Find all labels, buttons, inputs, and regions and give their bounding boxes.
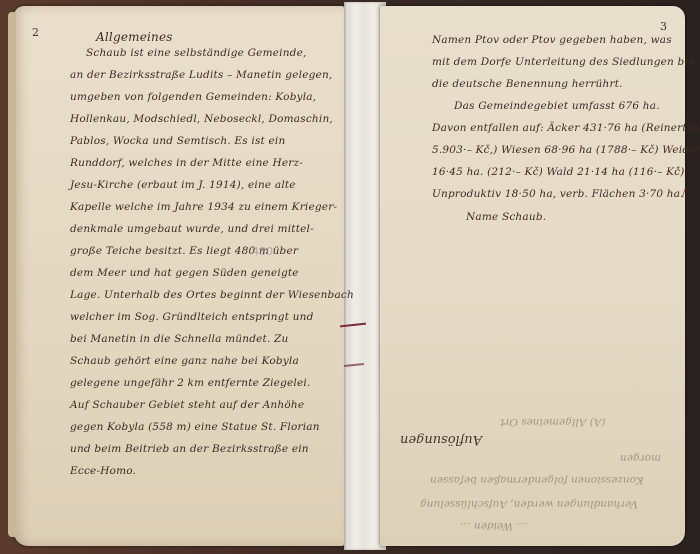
- page-number-left: 2: [32, 26, 39, 39]
- text-line: welcher im Sog. Gründlteich entspringt u…: [70, 311, 314, 323]
- text-line: Ecce-Homo.: [70, 465, 136, 477]
- text-line: Unproduktiv 18·50 ha, verb. Flächen 3·70…: [432, 188, 684, 200]
- pencil-annotation: 480: [252, 245, 273, 258]
- text-line: dem Meer und hat gegen Süden geneigte: [70, 267, 299, 279]
- text-line: Kapelle welche im Jahre 1934 zu einem Kr…: [70, 201, 337, 213]
- page-number-right: 3: [660, 20, 667, 33]
- section-heading: Allgemeines: [96, 30, 173, 44]
- text-line: Das Gemeindegebiet umfasst 676 ha.: [454, 100, 660, 112]
- bleedthrough-text: (A) Allgemeines Ort: [500, 416, 605, 428]
- text-line: Jesu-Kirche (erbaut im J. 1914), eine al…: [70, 179, 296, 191]
- text-line: Schaub ist eine selbständige Gemeinde,: [86, 47, 307, 59]
- text-line: Namen Ptov oder Ptov gegeben haben, was: [432, 34, 672, 46]
- signature-line: Name Schaub.: [466, 211, 546, 223]
- text-line: Hollenkau, Modschiedl, Neboseckl, Domasc…: [70, 113, 333, 125]
- text-line: mit dem Dorfe Unterleitung des Siedlunge…: [432, 56, 694, 68]
- text-line: gegen Kobyla (558 m) eine Statue St. Flo…: [70, 421, 320, 433]
- text-line: die deutsche Benennung herrührt.: [432, 78, 623, 90]
- text-line: an der Bezirksstraße Ludits – Manetin ge…: [70, 69, 332, 81]
- bleedthrough-text: Konzessionen folgendermaßen befassen: [430, 474, 644, 486]
- text-line: Auf Schauber Gebiet steht auf der Anhöhe: [70, 399, 304, 411]
- bleedthrough-text: Auflösungen: [400, 432, 482, 447]
- bleedthrough-text: morgen: [620, 452, 661, 464]
- bleedthrough-text: … Weiden …: [460, 520, 527, 532]
- text-line: 16·45 ha. (212·– Kč) Wald 21·14 ha (116·…: [432, 166, 685, 178]
- text-line: bei Manetin in die Schnella mündet. Zu: [70, 333, 288, 345]
- text-line: umgeben von folgenden Gemeinden: Kobyla,: [70, 91, 316, 103]
- text-line: Pablos, Wocka und Semtisch. Es ist ein: [70, 135, 285, 147]
- text-line: und beim Beitrieb an der Bezirksstraße e…: [70, 443, 309, 455]
- text-line: denkmale umgebaut wurde, und drei mittel…: [70, 223, 314, 235]
- bleedthrough-text: Verhandlungen werden, Aufschlüsselung: [420, 498, 638, 510]
- red-margin-mark: /: [682, 186, 686, 199]
- text-line: gelegene ungefähr 2 km entfernte Ziegele…: [70, 377, 310, 389]
- text-line: Davon entfallen auf: Äcker 431·76 ha (Re…: [432, 122, 700, 134]
- text-line: Schaub gehört eine ganz nahe bei Kobyla: [70, 355, 299, 367]
- text-line: Lage. Unterhalb des Ortes beginnt der Wi…: [70, 289, 354, 301]
- text-line: 5.903·– Kč,) Wiesen 68·96 ha (1788·– Kč)…: [432, 144, 700, 156]
- text-line: Runddorf, welches in der Mitte eine Herz…: [70, 157, 303, 169]
